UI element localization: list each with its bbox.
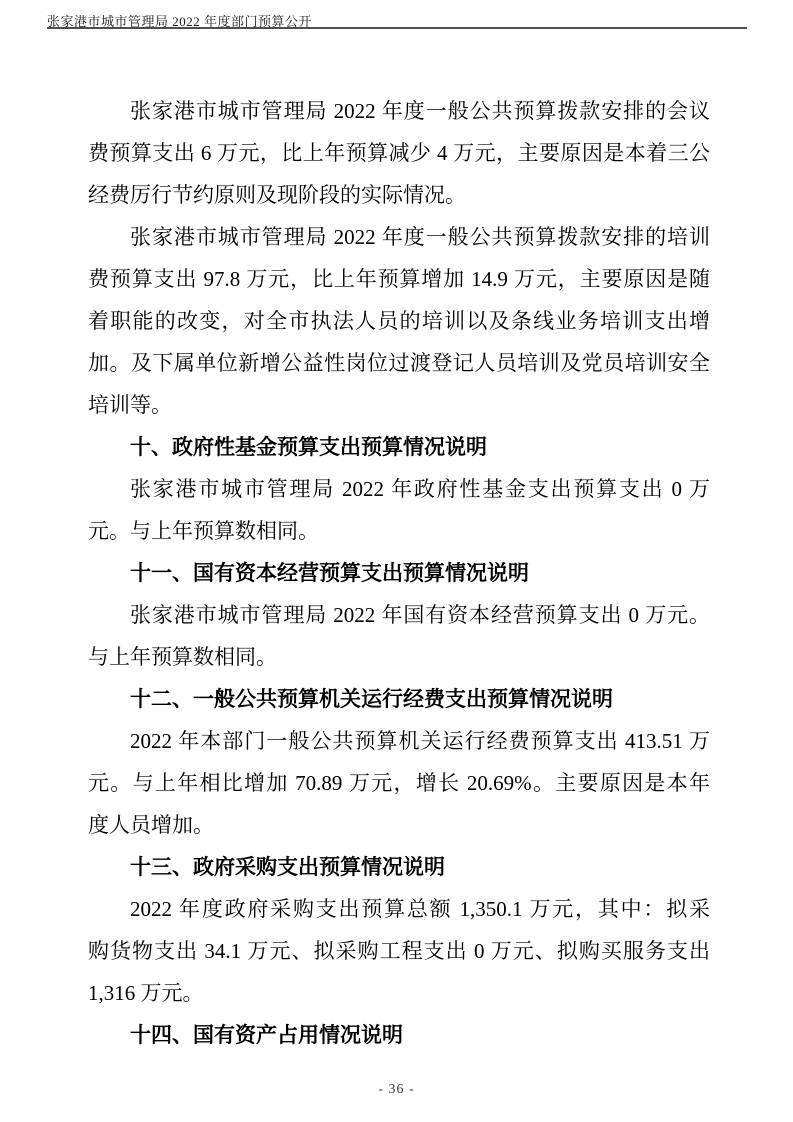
- text-line: 十二、一般公共预算机关运行经费支出预算情况说明: [88, 678, 710, 720]
- text-line: 十、政府性基金预算支出预算情况说明: [88, 426, 710, 468]
- paragraph: 2022 年度政府采购支出预算总额 1,350.1 万元，其中：拟采购货物支出 …: [88, 888, 710, 1014]
- text-line: 培训等。: [88, 384, 710, 426]
- paragraph: 张家港市城市管理局 2022 年度一般公共预算拨款安排的培训费预算支出 97.8…: [88, 216, 710, 426]
- text-line: 加。及下属单位新增公益性岗位过渡登记人员培训及党员培训安全: [88, 342, 710, 384]
- document-body: 张家港市城市管理局 2022 年度一般公共预算拨款安排的会议费预算支出 6 万元…: [88, 90, 710, 1056]
- text-line: 费预算支出 6 万元，比上年预算减少 4 万元，主要原因是本着三公: [88, 132, 710, 174]
- text-line: 着职能的改变，对全市执法人员的培训以及条线业务培训支出增: [88, 300, 710, 342]
- text-line: 张家港市城市管理局 2022 年度一般公共预算拨款安排的培训: [88, 216, 710, 258]
- text-line: 度人员增加。: [88, 804, 710, 846]
- text-line: 购货物支出 34.1 万元、拟采购工程支出 0 万元、拟购买服务支出: [88, 930, 710, 972]
- section-heading: 十四、国有资产占用情况说明: [88, 1014, 710, 1056]
- section-heading: 十三、政府采购支出预算情况说明: [88, 846, 710, 888]
- text-line: 元。与上年预算数相同。: [88, 510, 710, 552]
- header-divider: [47, 27, 747, 29]
- section-heading: 十一、国有资本经营预算支出预算情况说明: [88, 552, 710, 594]
- paragraph: 张家港市城市管理局 2022 年度一般公共预算拨款安排的会议费预算支出 6 万元…: [88, 90, 710, 216]
- page-number: - 36 -: [0, 1082, 793, 1098]
- text-line: 2022 年本部门一般公共预算机关运行经费预算支出 413.51 万: [88, 720, 710, 762]
- paragraph: 2022 年本部门一般公共预算机关运行经费预算支出 413.51 万元。与上年相…: [88, 720, 710, 846]
- text-line: 十一、国有资本经营预算支出预算情况说明: [88, 552, 710, 594]
- text-line: 费预算支出 97.8 万元，比上年预算增加 14.9 万元，主要原因是随: [88, 258, 710, 300]
- paragraph: 张家港市城市管理局 2022 年国有资本经营预算支出 0 万元。与上年预算数相同…: [88, 594, 710, 678]
- text-line: 1,316 万元。: [88, 972, 710, 1014]
- text-line: 与上年预算数相同。: [88, 636, 710, 678]
- paragraph: 张家港市城市管理局 2022 年政府性基金支出预算支出 0 万元。与上年预算数相…: [88, 468, 710, 552]
- section-heading: 十二、一般公共预算机关运行经费支出预算情况说明: [88, 678, 710, 720]
- text-line: 张家港市城市管理局 2022 年政府性基金支出预算支出 0 万: [88, 468, 710, 510]
- text-line: 经费厉行节约原则及现阶段的实际情况。: [88, 174, 710, 216]
- text-line: 张家港市城市管理局 2022 年度一般公共预算拨款安排的会议: [88, 90, 710, 132]
- text-line: 2022 年度政府采购支出预算总额 1,350.1 万元，其中：拟采: [88, 888, 710, 930]
- text-line: 十三、政府采购支出预算情况说明: [88, 846, 710, 888]
- text-line: 元。与上年相比增加 70.89 万元，增长 20.69%。主要原因是本年: [88, 762, 710, 804]
- text-line: 张家港市城市管理局 2022 年国有资本经营预算支出 0 万元。: [88, 594, 710, 636]
- document-page: 张家港市城市管理局 2022 年度部门预算公开 张家港市城市管理局 2022 年…: [0, 0, 793, 1122]
- text-line: 十四、国有资产占用情况说明: [88, 1014, 710, 1056]
- section-heading: 十、政府性基金预算支出预算情况说明: [88, 426, 710, 468]
